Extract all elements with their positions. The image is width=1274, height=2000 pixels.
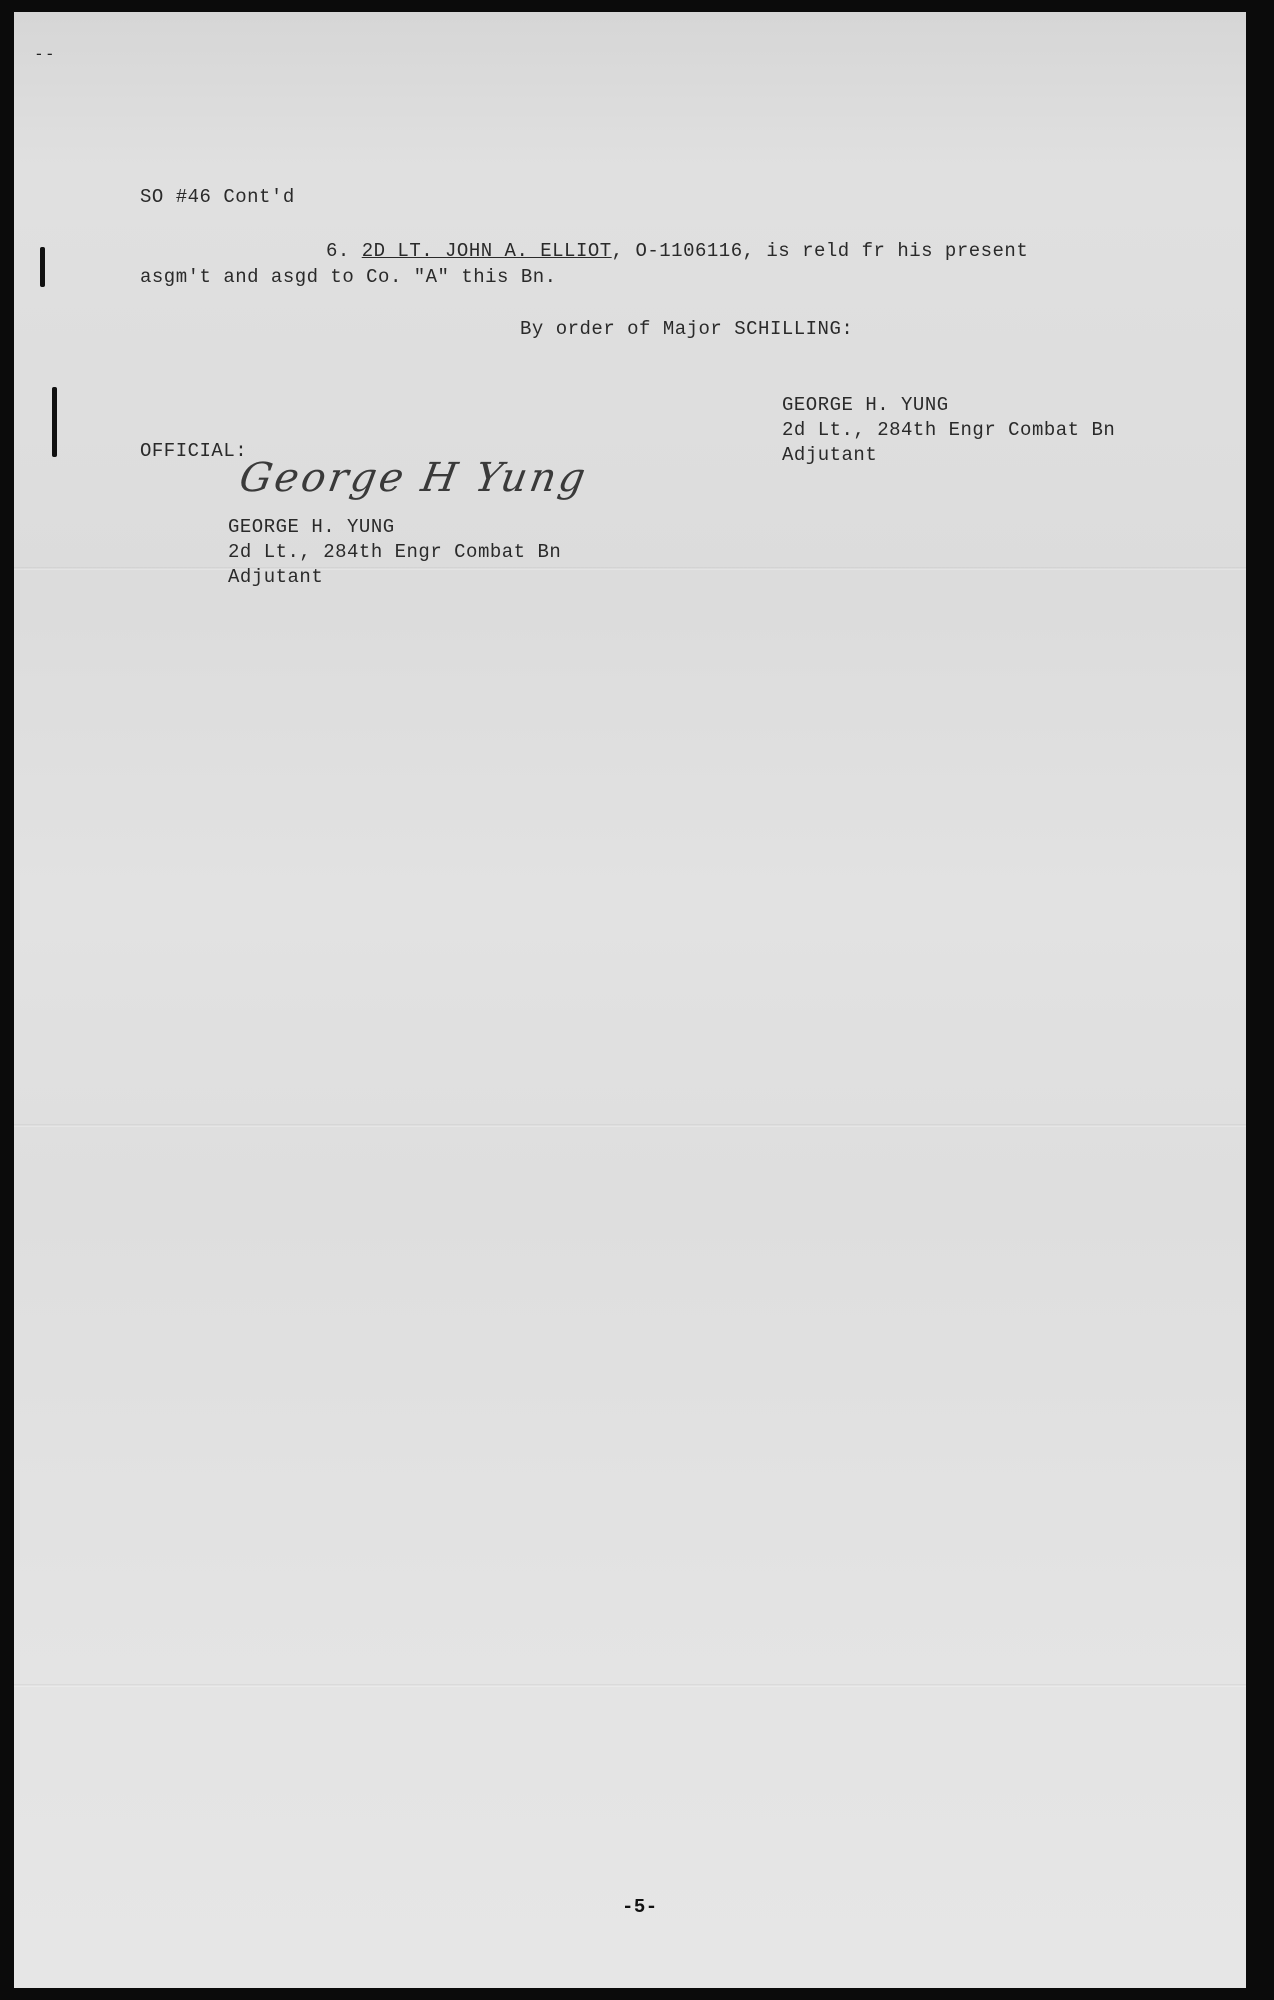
paper-fold-line (14, 1684, 1246, 1687)
official-label: OFFICIAL: (140, 440, 247, 462)
signature-left-title: Adjutant (228, 566, 323, 588)
paper-fold-line (14, 1124, 1246, 1127)
signature-right-name: GEORGE H. YUNG (782, 394, 949, 416)
officer-name: 2D LT. JOHN A. ELLIOT (362, 240, 612, 262)
paragraph-6-line-1: 6. 2D LT. JOHN A. ELLIOT, O-1106116, is … (326, 240, 1028, 262)
signature-left-rank-unit: 2d Lt., 284th Engr Combat Bn (228, 541, 561, 563)
paragraph-text: , O-1106116, is reld fr his present (612, 240, 1029, 262)
signature-right-title: Adjutant (782, 444, 877, 466)
corner-mark: - - (36, 44, 53, 63)
binding-hole-mark (52, 387, 57, 457)
document-header: SO #46 Cont'd (140, 186, 295, 208)
binding-hole-mark (40, 247, 45, 287)
signature-right-rank-unit: 2d Lt., 284th Engr Combat Bn (782, 419, 1115, 441)
signature-left-name: GEORGE H. YUNG (228, 516, 395, 538)
paragraph-number: 6. (326, 240, 350, 262)
paragraph-6-line-2: asgm't and asgd to Co. "A" this Bn. (140, 266, 557, 288)
by-order-line: By order of Major SCHILLING: (520, 318, 853, 340)
handwritten-signature: George H Yung (236, 455, 592, 501)
page-number: -5- (622, 1896, 658, 1918)
document-page (14, 12, 1246, 1988)
paper-fold-line (14, 567, 1246, 570)
